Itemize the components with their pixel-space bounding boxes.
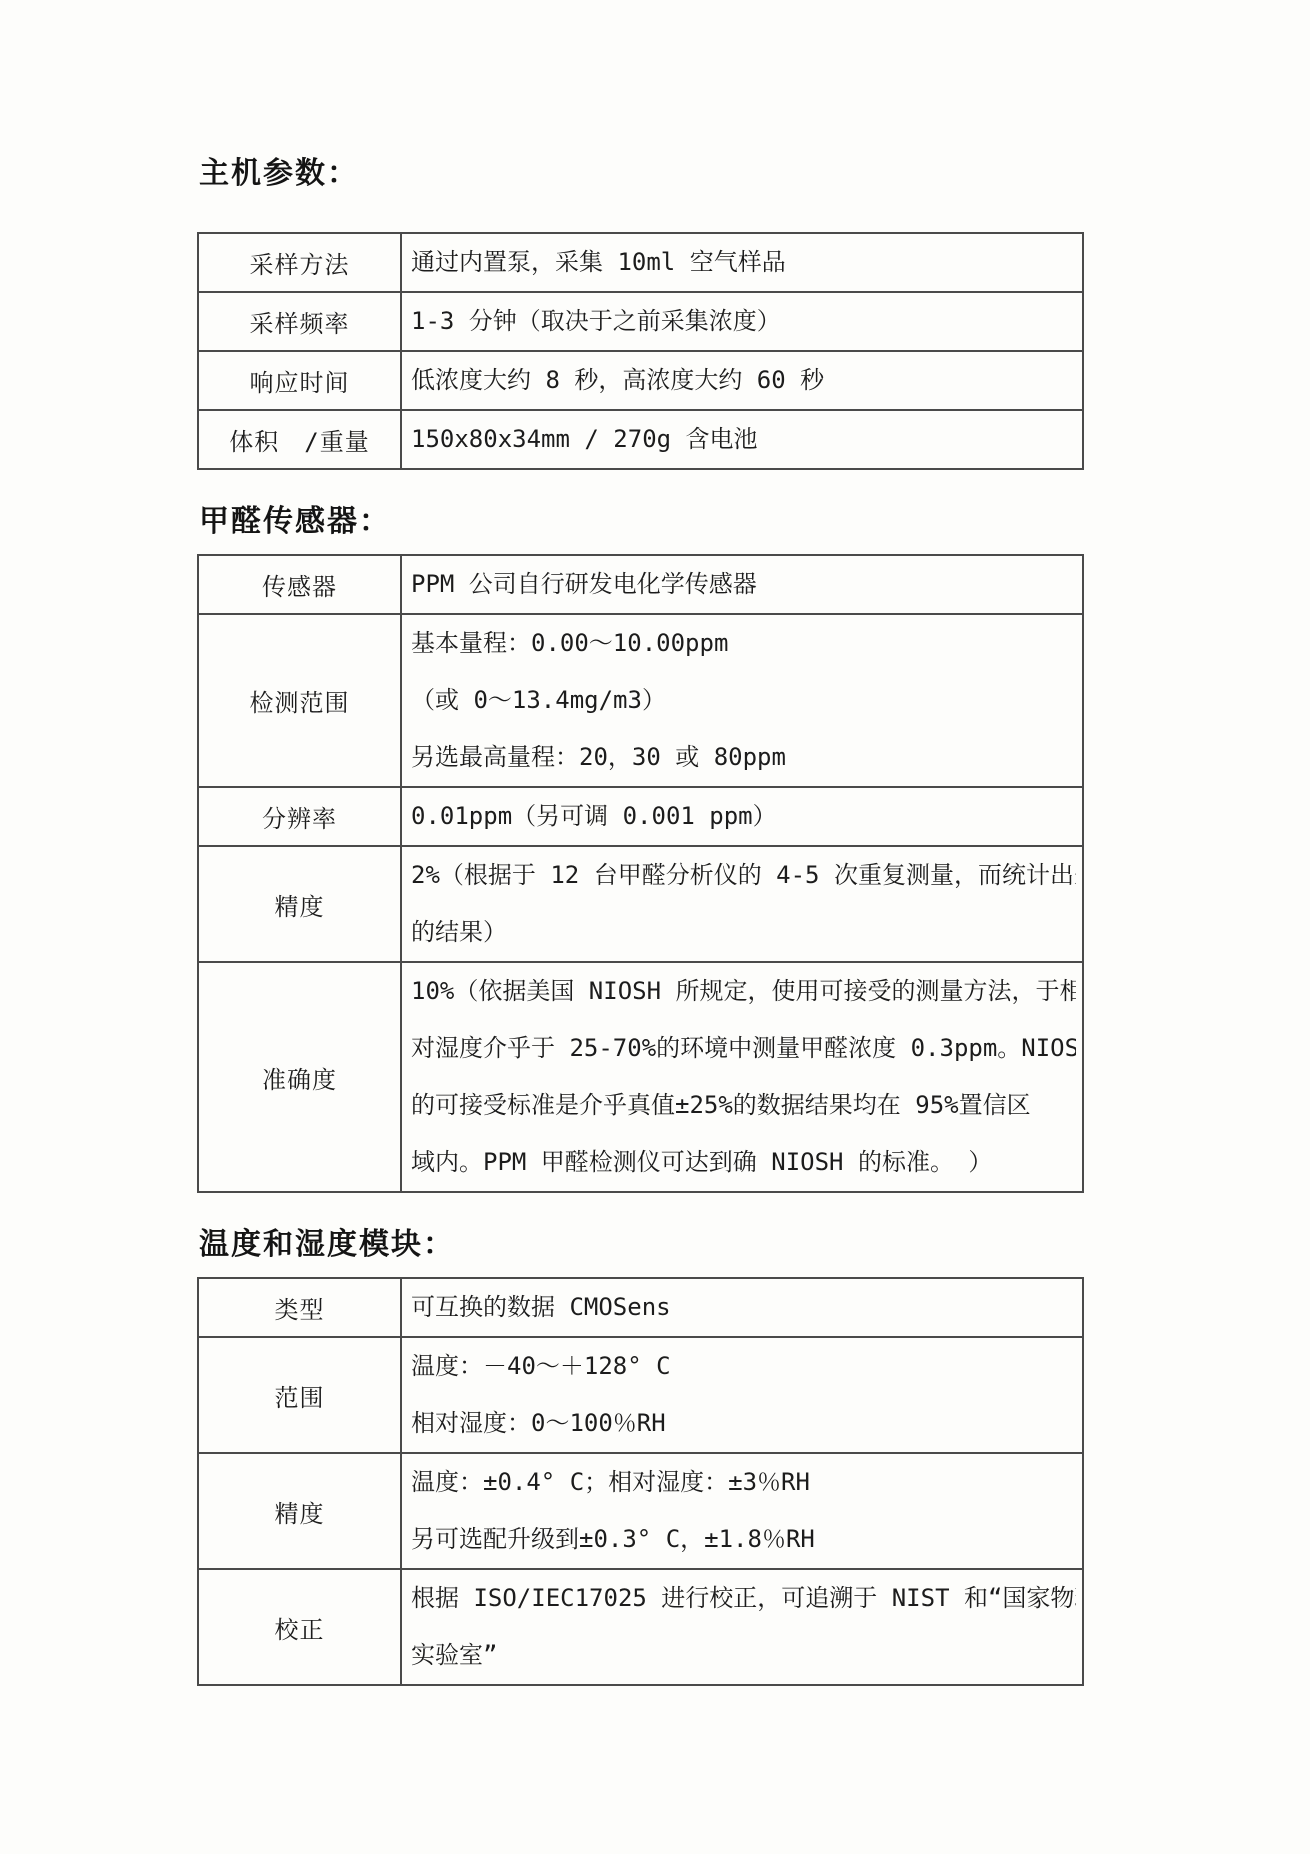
spec-value-line: 1-3 分钟（取决于之前采集浓度） <box>411 293 1076 350</box>
table-row: 精度 2%（根据于 12 台甲醛分析仪的 4-5 次重复测量，而统计出来的结果） <box>198 846 1083 962</box>
spec-label: 采样方法 <box>198 233 401 292</box>
table-row: 类型 可互换的数据 CMOSens <box>198 1278 1083 1337</box>
table-row: 分辨率 0.01ppm（另可调 0.001 ppm） <box>198 787 1083 846</box>
spec-label: 采样频率 <box>198 292 401 351</box>
spec-label: 传感器 <box>198 555 401 614</box>
table-row: 响应时间 低浓度大约 8 秒，高浓度大约 60 秒 <box>198 351 1083 410</box>
spec-value: 2%（根据于 12 台甲醛分析仪的 4-5 次重复测量，而统计出来的结果） <box>401 846 1083 962</box>
spec-value-line: 对湿度介乎于 25-70%的环境中测量甲醛浓度 0.3ppm。NIOSH <box>411 1020 1076 1077</box>
spec-label: 响应时间 <box>198 351 401 410</box>
table-row: 采样方法 通过内置泵，采集 10ml 空气样品 <box>198 233 1083 292</box>
table-row: 校正 根据 ISO/IEC17025 进行校正，可追溯于 NIST 和“国家物理… <box>198 1569 1083 1685</box>
spec-value: 通过内置泵，采集 10ml 空气样品 <box>401 233 1083 292</box>
table-row: 检测范围 基本量程：0.00～10.00ppm（或 0～13.4mg/m3）另选… <box>198 614 1083 787</box>
spec-value: 1-3 分钟（取决于之前采集浓度） <box>401 292 1083 351</box>
spec-label: 检测范围 <box>198 614 401 787</box>
spec-label: 准确度 <box>198 962 401 1192</box>
spec-value-line: 150x80x34mm / 270g 含电池 <box>411 411 1076 468</box>
spec-label: 类型 <box>198 1278 401 1337</box>
spec-table: 采样方法 通过内置泵，采集 10ml 空气样品 采样频率 1-3 分钟（取决于之… <box>197 232 1084 470</box>
document-content: 主机参数： 采样方法 通过内置泵，采集 10ml 空气样品 采样频率 1-3 分… <box>0 0 1310 1686</box>
spec-value: 150x80x34mm / 270g 含电池 <box>401 410 1083 469</box>
spec-value: 0.01ppm（另可调 0.001 ppm） <box>401 787 1083 846</box>
spec-label: 体积 /重量 <box>198 410 401 469</box>
spec-value: 温度：－40～＋128° C相对湿度：0～100％RH <box>401 1337 1083 1453</box>
spec-value-line: 另选最高量程：20，30 或 80ppm <box>411 729 1076 786</box>
spec-section: 温度和湿度模块： 类型 可互换的数据 CMOSens 范围 温度：－40～＋12… <box>197 1219 1310 1686</box>
spec-value: 基本量程：0.00～10.00ppm（或 0～13.4mg/m3）另选最高量程：… <box>401 614 1083 787</box>
spec-value-line: （或 0～13.4mg/m3） <box>411 672 1076 729</box>
spec-section: 甲醛传感器： 传感器 PPM 公司自行研发电化学传感器 检测范围 基本量程：0.… <box>197 496 1310 1193</box>
spec-value-line: 基本量程：0.00～10.00ppm <box>411 615 1076 672</box>
spec-table: 类型 可互换的数据 CMOSens 范围 温度：－40～＋128° C相对湿度：… <box>197 1277 1084 1686</box>
section-title: 温度和湿度模块： <box>199 1219 1310 1263</box>
spec-section: 主机参数： 采样方法 通过内置泵，采集 10ml 空气样品 采样频率 1-3 分… <box>197 148 1310 470</box>
spec-value-line: 域内。PPM 甲醛检测仪可达到确 NIOSH 的标准。 ） <box>411 1134 1076 1191</box>
spec-value-line: 0.01ppm（另可调 0.001 ppm） <box>411 788 1076 845</box>
table-row: 范围 温度：－40～＋128° C相对湿度：0～100％RH <box>198 1337 1083 1453</box>
section-title: 甲醛传感器： <box>199 496 1310 540</box>
spec-value-line: 的结果） <box>411 904 1076 961</box>
spec-value-line: 低浓度大约 8 秒，高浓度大约 60 秒 <box>411 352 1076 409</box>
spec-value: 可互换的数据 CMOSens <box>401 1278 1083 1337</box>
spec-value-line: 10%（依据美国 NIOSH 所规定，使用可接受的测量方法，于相 <box>411 963 1076 1020</box>
spec-value-line: PPM 公司自行研发电化学传感器 <box>411 556 1076 613</box>
spec-value-line: 的可接受标准是介乎真值±25%的数据结果均在 95%置信区 <box>411 1077 1076 1134</box>
spec-value-line: 实验室” <box>411 1627 1076 1684</box>
spec-value-line: 温度：－40～＋128° C <box>411 1338 1076 1395</box>
spec-table: 传感器 PPM 公司自行研发电化学传感器 检测范围 基本量程：0.00～10.0… <box>197 554 1084 1193</box>
spec-value-line: 温度：±0.4° C；相对湿度：±3％RH <box>411 1454 1076 1511</box>
table-row: 传感器 PPM 公司自行研发电化学传感器 <box>198 555 1083 614</box>
spec-label: 校正 <box>198 1569 401 1685</box>
spec-value: 根据 ISO/IEC17025 进行校正，可追溯于 NIST 和“国家物理实验室… <box>401 1569 1083 1685</box>
spec-label: 范围 <box>198 1337 401 1453</box>
spec-value-line: 通过内置泵，采集 10ml 空气样品 <box>411 234 1076 291</box>
table-row: 准确度 10%（依据美国 NIOSH 所规定，使用可接受的测量方法，于相对湿度介… <box>198 962 1083 1192</box>
table-row: 采样频率 1-3 分钟（取决于之前采集浓度） <box>198 292 1083 351</box>
section-title: 主机参数： <box>199 148 1310 192</box>
spec-label: 精度 <box>198 846 401 962</box>
spec-value-line: 相对湿度：0～100％RH <box>411 1395 1076 1452</box>
spec-value: 低浓度大约 8 秒，高浓度大约 60 秒 <box>401 351 1083 410</box>
table-row: 体积 /重量 150x80x34mm / 270g 含电池 <box>198 410 1083 469</box>
spec-value-line: 另可选配升级到±0.3° C，±1.8％RH <box>411 1511 1076 1568</box>
spec-value: 10%（依据美国 NIOSH 所规定，使用可接受的测量方法，于相对湿度介乎于 2… <box>401 962 1083 1192</box>
spec-value-line: 可互换的数据 CMOSens <box>411 1279 1076 1336</box>
spec-value-line: 2%（根据于 12 台甲醛分析仪的 4-5 次重复测量，而统计出来 <box>411 847 1076 904</box>
table-row: 精度 温度：±0.4° C；相对湿度：±3％RH另可选配升级到±0.3° C，±… <box>198 1453 1083 1569</box>
spec-value: 温度：±0.4° C；相对湿度：±3％RH另可选配升级到±0.3° C，±1.8… <box>401 1453 1083 1569</box>
spec-value-line: 根据 ISO/IEC17025 进行校正，可追溯于 NIST 和“国家物理 <box>411 1570 1076 1627</box>
document-page: 主机参数： 采样方法 通过内置泵，采集 10ml 空气样品 采样频率 1-3 分… <box>0 0 1310 1854</box>
spec-label: 分辨率 <box>198 787 401 846</box>
spec-value: PPM 公司自行研发电化学传感器 <box>401 555 1083 614</box>
spec-label: 精度 <box>198 1453 401 1569</box>
